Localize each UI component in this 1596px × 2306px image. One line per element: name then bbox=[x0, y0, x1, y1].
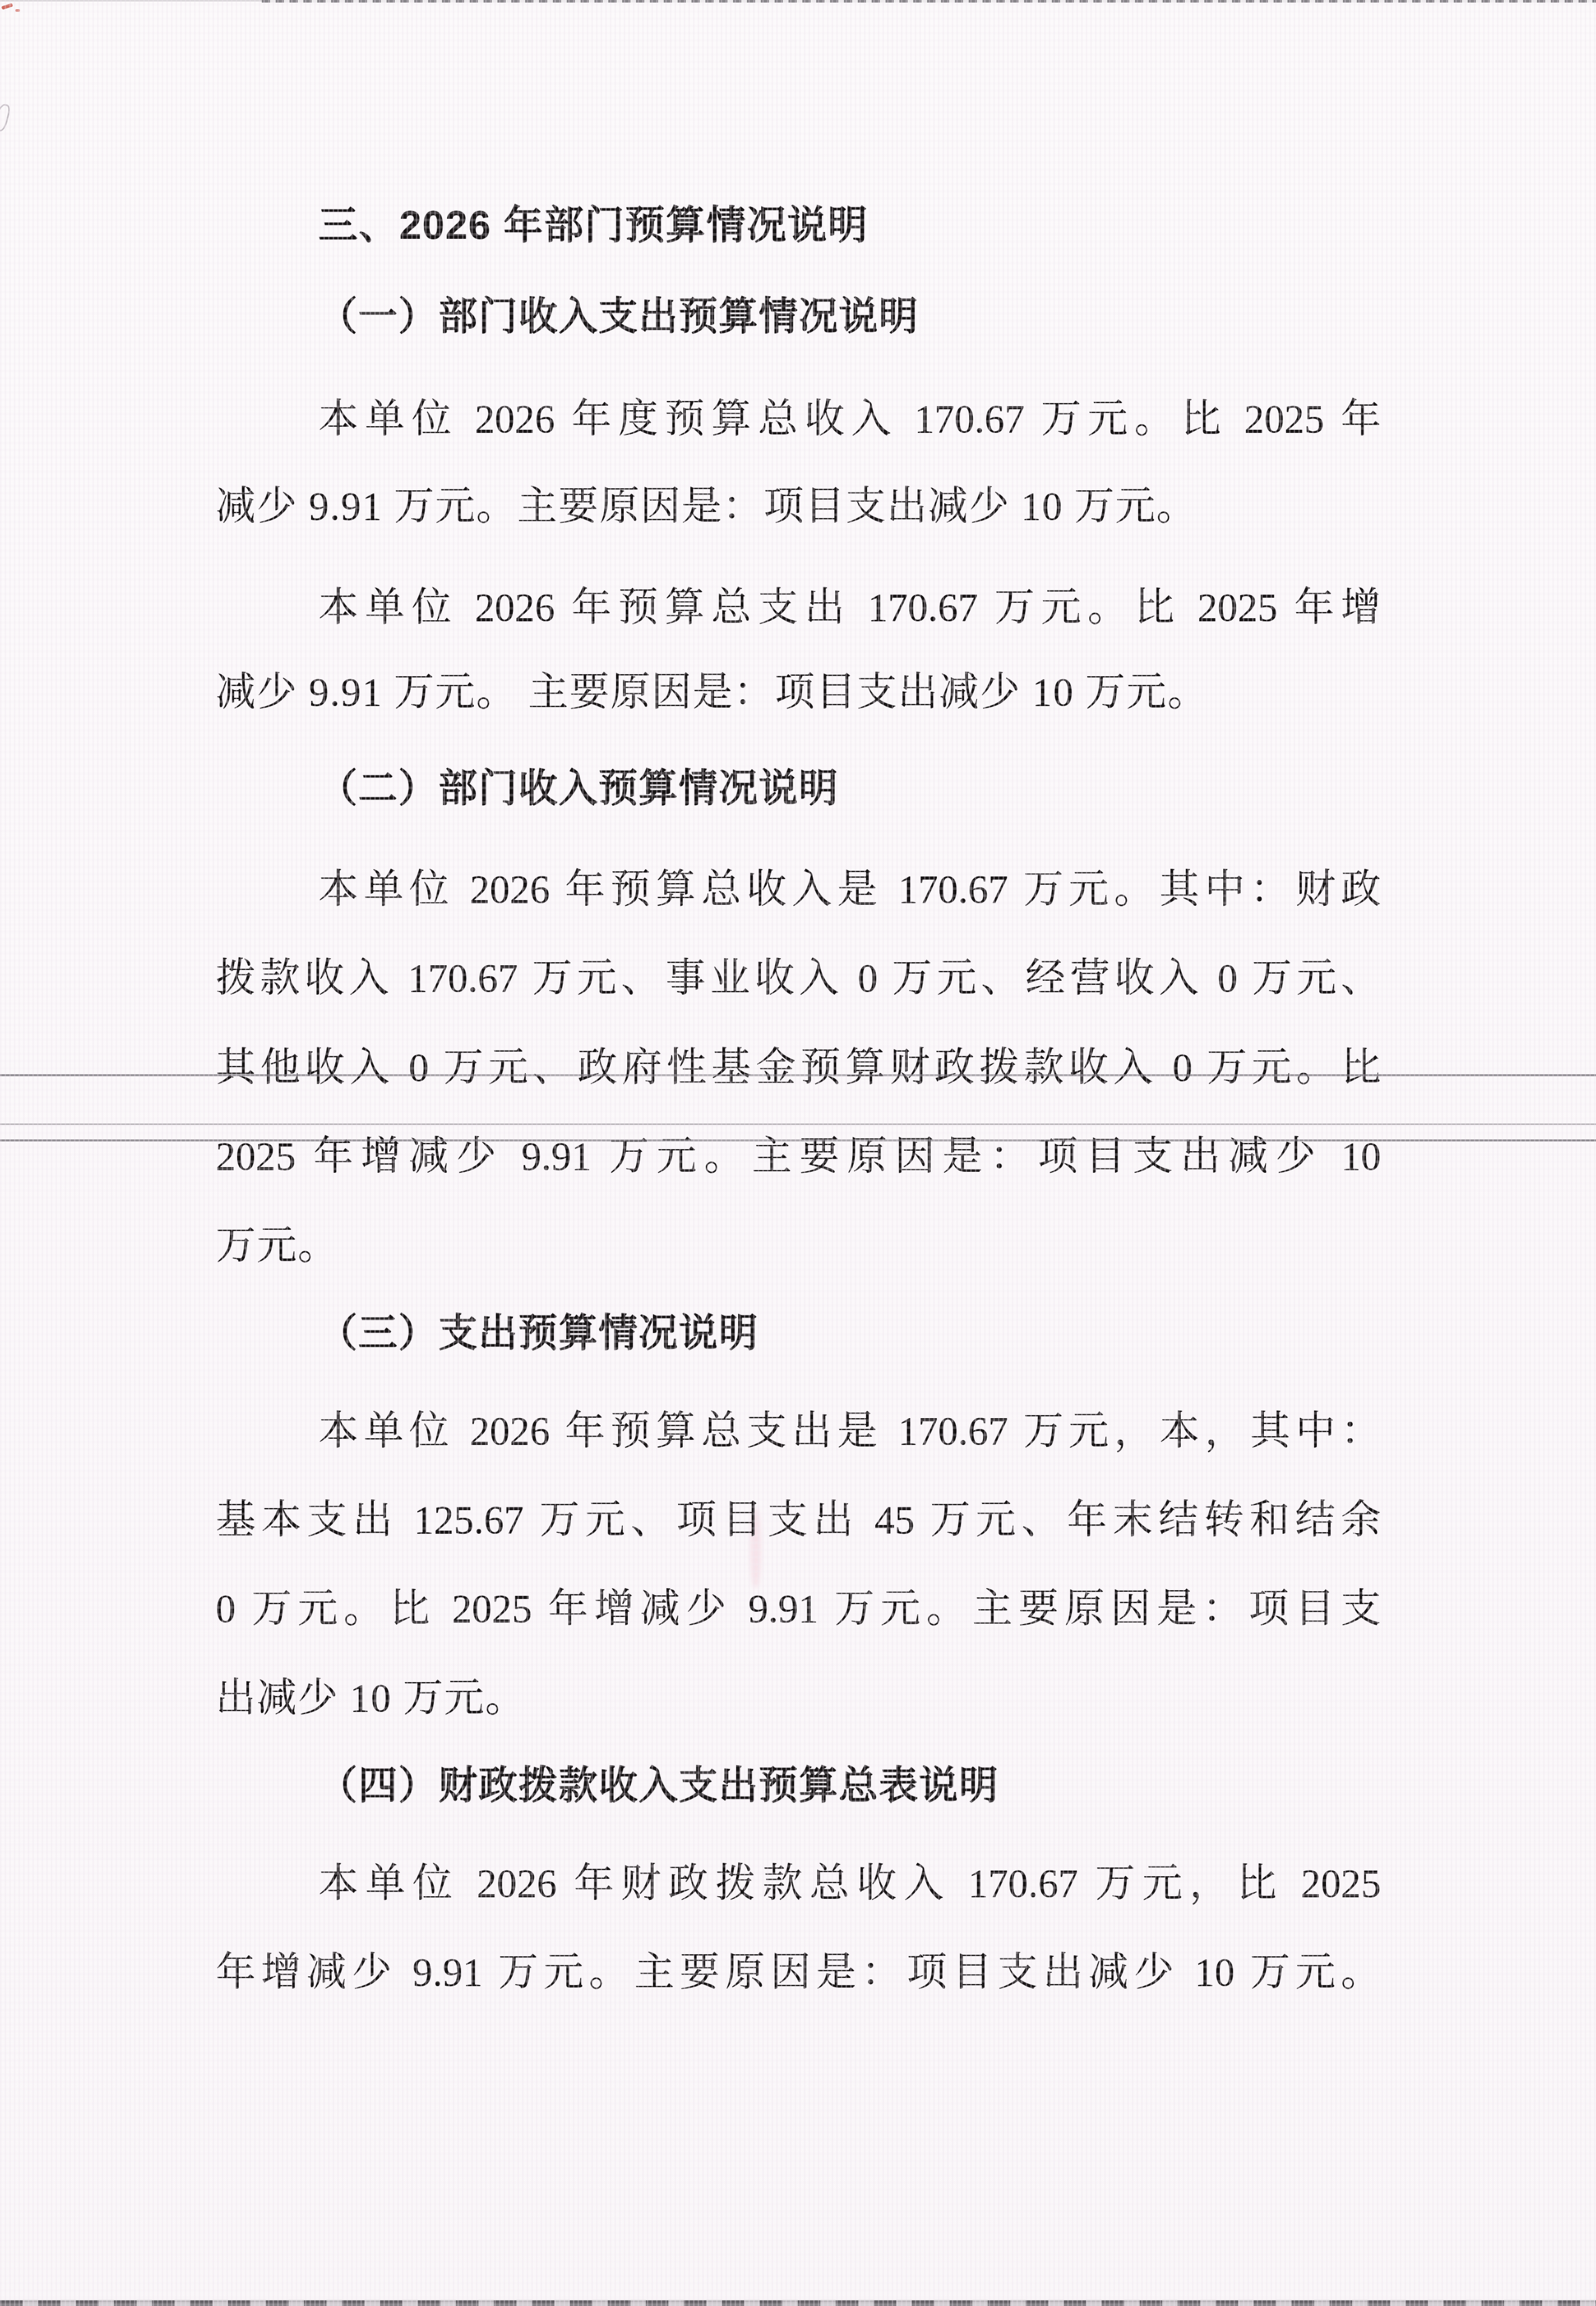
scan-top-edge-artifact-faint bbox=[0, 0, 262, 2]
paragraph-line: 拨款收入 170.67 万元、事业收入 0 万元、经营收入 0 万元、 bbox=[216, 957, 1381, 999]
paragraph-line: 减少 9.91 万元。主要原因是：项目支出减少 10 万元。 bbox=[216, 485, 1198, 527]
paragraph-line: 本单位 2026 年度预算总收入 170.67 万元。比 2025 年 bbox=[318, 398, 1381, 440]
subsection-heading-1: （一）部门收入支出预算情况说明 bbox=[318, 297, 919, 338]
paragraph-line: 其他收入 0 万元、政府性基金预算财政拨款收入 0 万元。比 bbox=[216, 1046, 1381, 1089]
scan-bottom-edge-artifact bbox=[0, 2300, 1596, 2306]
subsection-heading-4: （四）财政拨款收入支出预算总表说明 bbox=[318, 1766, 999, 1807]
paragraph-line: 基本支出 125.67 万元、项目支出 45 万元、年末结转和结余 bbox=[216, 1499, 1381, 1541]
scan-streak-line bbox=[0, 1123, 1596, 1125]
paragraph-line: 2025 年增减少 9.91 万元。主要原因是：项目支出减少 10 bbox=[216, 1135, 1381, 1177]
paragraph-line: 万元。 bbox=[216, 1225, 339, 1267]
paragraph-line: 本单位 2026 年预算总收入是 170.67 万元。其中：财政 bbox=[318, 868, 1381, 910]
scan-top-edge-artifact bbox=[262, 0, 1596, 3]
paragraph-line: 减少 9.91 万元。 主要原因是：项目支出减少 10 万元。 bbox=[216, 671, 1208, 713]
section-heading-level1: 三、2026 年部门预算情况说明 bbox=[318, 205, 869, 246]
paragraph-line: 出减少 10 万元。 bbox=[216, 1677, 526, 1719]
red-ink-speck bbox=[15, 9, 20, 12]
subsection-heading-3: （三）支出预算情况说明 bbox=[318, 1313, 759, 1355]
scan-bottom-edge-fade bbox=[0, 2299, 1596, 2302]
paragraph-line: 本单位 2026 年预算总支出是 170.67 万元，本，其中： bbox=[318, 1410, 1381, 1452]
paragraph-line: 本单位 2026 年财政拨款总收入 170.67 万元，比 2025 bbox=[318, 1862, 1381, 1904]
paragraph-line: 年增减少 9.91 万元。主要原因是：项目支出减少 10 万元。 bbox=[216, 1951, 1381, 1993]
scanned-document-page: 三、2026 年部门预算情况说明 （一）部门收入支出预算情况说明 本单位 202… bbox=[0, 0, 1596, 2306]
subsection-heading-2: （二）部门收入预算情况说明 bbox=[318, 769, 839, 810]
red-ink-speck bbox=[1, 3, 13, 10]
paragraph-line: 本单位 2026 年预算总支出 170.67 万元。比 2025 年增 bbox=[318, 586, 1381, 628]
left-edge-mark bbox=[0, 103, 11, 132]
paragraph-line: 0 万元。比 2025 年增减少 9.91 万元。主要原因是：项目支 bbox=[216, 1588, 1381, 1630]
